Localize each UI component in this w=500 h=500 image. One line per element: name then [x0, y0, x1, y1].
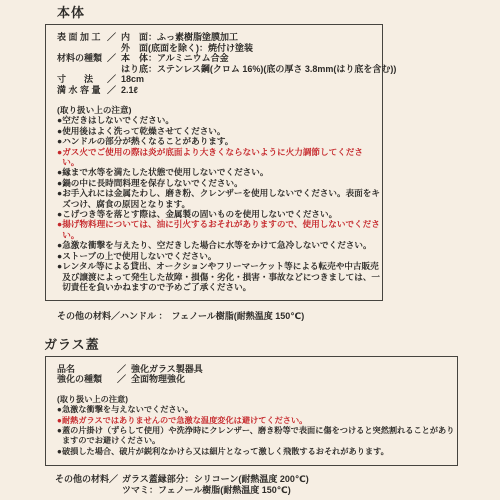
note-line: 揚げ物料理については、油に引火するおそれがありますので、使用しないでくださ: [62, 219, 380, 229]
note: ● ストーブの上で使用しないでください。: [57, 251, 374, 261]
note-line: 急激な衝撃を与えたり、空だきした場合に水等をかけて急冷しないでください。: [62, 240, 371, 250]
footer-value-line: フェノール樹脂(耐熱温度 150℃): [172, 311, 305, 322]
spec-label: 寸 法: [57, 74, 105, 85]
note: ● レンタル等による貸出、オークションやフリーマーケット等による転売や中古販売 …: [57, 261, 374, 292]
spec-box-glass-lid: 品名 ／ 強化ガラス製器具 強化の種類 ／ 全面物理強化 (取り扱い上の注意) …: [45, 356, 458, 466]
other-materials-body: その他の材料／ハンドル ： フェノール樹脂(耐熱温度 150℃): [57, 311, 500, 322]
note: ● 鍋の中に長時間料理を保存しないでください。: [57, 178, 374, 188]
spec-label: 満 水 容 量: [57, 85, 105, 96]
note: ● 使用後はよく洗って乾燥させてください。: [57, 126, 374, 136]
note: ● 蓋の片掛け（ずらして使用）や洗浄時にクレンザー、磨き粉等で表面に傷をつけると…: [57, 426, 449, 447]
footer-label: その他の材料／: [55, 474, 122, 495]
spec-row: 寸 法 ／ 18cm: [57, 74, 374, 85]
note-warning-red: ● 揚げ物料理については、油に引火するおそれがありますので、使用しないでくださ …: [57, 219, 374, 240]
spec-value-line: 全面物理強化: [131, 374, 449, 385]
note: ● 破損した場合、破片が鋭利なかけら又は細片となって激しく飛散するおそれがありま…: [57, 447, 449, 457]
spec-box-body: 表 面 加 工 ／ 内 面：ふっ素樹脂塗膜加工 外 面(底面を除く)：焼付け塗装…: [45, 24, 383, 301]
note-line: 鍋の中に長時間料理を保存しないでください。: [62, 178, 242, 188]
slash-separator: ／: [105, 74, 121, 85]
note: ● こげつき等を落とす際は、金属製の固いものを使用しないでください。: [57, 209, 374, 219]
spec-label: 強化の種類: [57, 374, 115, 385]
spec-sheet-page: 本体 表 面 加 工 ／ 内 面：ふっ素樹脂塗膜加工 外 面(底面を除く)：焼付…: [0, 0, 500, 495]
note: ● お手入れには金属たわし、磨き粉、クレンザーを使用しないでください。表面をキ …: [57, 188, 374, 209]
spec-label: 表 面 加 工: [57, 32, 105, 53]
spec-value-line: はり底：ステンレス鋼(クロム 16%)(底の厚さ 3.8mm(はり底を含む)): [121, 64, 396, 75]
other-materials-glass-lid: その他の材料／ ガラス蓋縁部分：シリコーン(耐熱温度 200℃) ツマミ：フェノ…: [55, 474, 500, 495]
note-line: 空だきはしないでください。: [62, 115, 174, 125]
footer-value: フェノール樹脂(耐熱温度 150℃): [172, 311, 305, 322]
note-line: い。: [62, 230, 380, 240]
footer-value: ガラス蓋縁部分：シリコーン(耐熱温度 200℃) ツマミ：フェノール樹脂(耐熱温…: [122, 474, 309, 495]
spec-value-line: 本 体：アルミニウム合金: [121, 53, 396, 64]
spec-row: 材料の種類 ／ 本 体：アルミニウム合金 はり底：ステンレス鋼(クロム 16%)…: [57, 53, 374, 74]
spec-value-line: 内 面：ふっ素樹脂塗膜加工: [121, 32, 374, 43]
note: ● 急激な衝撃を与えたり、空だきした場合に水等をかけて急冷しないでください。: [57, 240, 374, 250]
spec-value: 強化ガラス製器具: [131, 364, 449, 375]
slash-separator: ／: [115, 374, 131, 385]
note-line: い。: [62, 157, 363, 167]
note: ● 縁まで水等を満たした状態で使用しないでください。: [57, 167, 374, 177]
note-line: レンタル等による貸出、オークションやフリーマーケット等による転売や中古販売: [62, 261, 380, 271]
note-line: 及び譲渡によって発生した故障・損傷・劣化・損害・事故などにつきましては、一: [62, 272, 380, 282]
spec-value: 内 面：ふっ素樹脂塗膜加工 外 面(底面を除く)：焼付け塗装: [121, 32, 374, 53]
spec-value: 2.1ℓ: [121, 85, 374, 96]
spec-value: 全面物理強化: [131, 374, 449, 385]
spec-value: 本 体：アルミニウム合金 はり底：ステンレス鋼(クロム 16%)(底の厚さ 3.…: [121, 53, 396, 74]
spec-value: 18cm: [121, 74, 374, 85]
note-line: 耐熱ガラスではありませんので急激な温度変化は避けてください。: [62, 416, 307, 426]
spec-value-line: 外 面(底面を除く)：焼付け塗装: [121, 43, 374, 54]
note-line: 縁まで水等を満たした状態で使用しないでください。: [62, 167, 268, 177]
note-line: ストーブの上で使用しないでください。: [62, 251, 216, 261]
spec-label: 品名: [57, 364, 115, 375]
note: ● ハンドルの部分が熱くなることがあります。: [57, 136, 374, 146]
note-line: 急激な衝撃を与えないでください。: [62, 405, 193, 415]
footer-label: その他の材料／ハンドル ：: [57, 311, 172, 322]
spec-row: 表 面 加 工 ／ 内 面：ふっ素樹脂塗膜加工 外 面(底面を除く)：焼付け塗装: [57, 32, 374, 53]
notes-title: (取り扱い上の注意): [57, 395, 449, 405]
slash-separator: ／: [105, 53, 121, 74]
spec-value-line: 18cm: [121, 74, 374, 85]
note-warning-red: ● 耐熱ガラスではありませんので急激な温度変化は避けてください。: [57, 416, 449, 426]
section-heading-body: 本体: [57, 5, 500, 20]
spec-row: 品名 ／ 強化ガラス製器具: [57, 364, 449, 375]
note-line: 使用後はよく洗って乾燥させてください。: [62, 126, 225, 136]
note-line: ハンドルの部分が熱くなることがあります。: [62, 136, 233, 146]
footer-value-line: ツマミ：フェノール樹脂(耐熱温度 150℃): [122, 485, 309, 496]
spec-label: 材料の種類: [57, 53, 105, 74]
note-line: お手入れには金属たわし、磨き粉、クレンザーを使用しないでください。表面をキ: [62, 188, 380, 198]
slash-separator: ／: [105, 32, 121, 53]
note: ● 空だきはしないでください。: [57, 115, 374, 125]
slash-separator: ／: [115, 364, 131, 375]
spec-row: 満 水 容 量 ／ 2.1ℓ: [57, 85, 374, 96]
footer-value-line: ガラス蓋縁部分：シリコーン(耐熱温度 200℃): [122, 474, 309, 485]
section-heading-glass-lid: ガラス蓋: [44, 337, 500, 352]
note-warning-red: ● ガス火でご使用の際は炎が底面より大きくならないように火力調節してくださ い。: [57, 147, 374, 168]
note-line: 蓋の片掛け（ずらして使用）や洗浄時にクレンザー、磨き粉等で表面に傷をつけると突然…: [62, 426, 454, 436]
spec-value-line: 強化ガラス製器具: [131, 364, 449, 375]
note-line: ズつけ、腐食の原因となります。: [62, 199, 380, 209]
spec-row: 強化の種類 ／ 全面物理強化: [57, 374, 449, 385]
note-line: 破損した場合、破片が鋭利なかけら又は細片となって激しく飛散するおそれがあります。: [62, 447, 389, 457]
slash-separator: ／: [105, 85, 121, 96]
note-line: ますのでお避けください。: [62, 436, 454, 446]
note-line: 切責任を負いかねますので予めご了承ください。: [62, 282, 380, 292]
spec-value-line: 2.1ℓ: [121, 85, 374, 96]
note: ● 急激な衝撃を与えないでください。: [57, 405, 449, 415]
notes-title: (取り扱い上の注意): [57, 105, 374, 115]
note-line: こげつき等を落とす際は、金属製の固いものを使用しないでください。: [62, 209, 337, 219]
note-line: ガス火でご使用の際は炎が底面より大きくならないように火力調節してくださ: [62, 147, 363, 157]
